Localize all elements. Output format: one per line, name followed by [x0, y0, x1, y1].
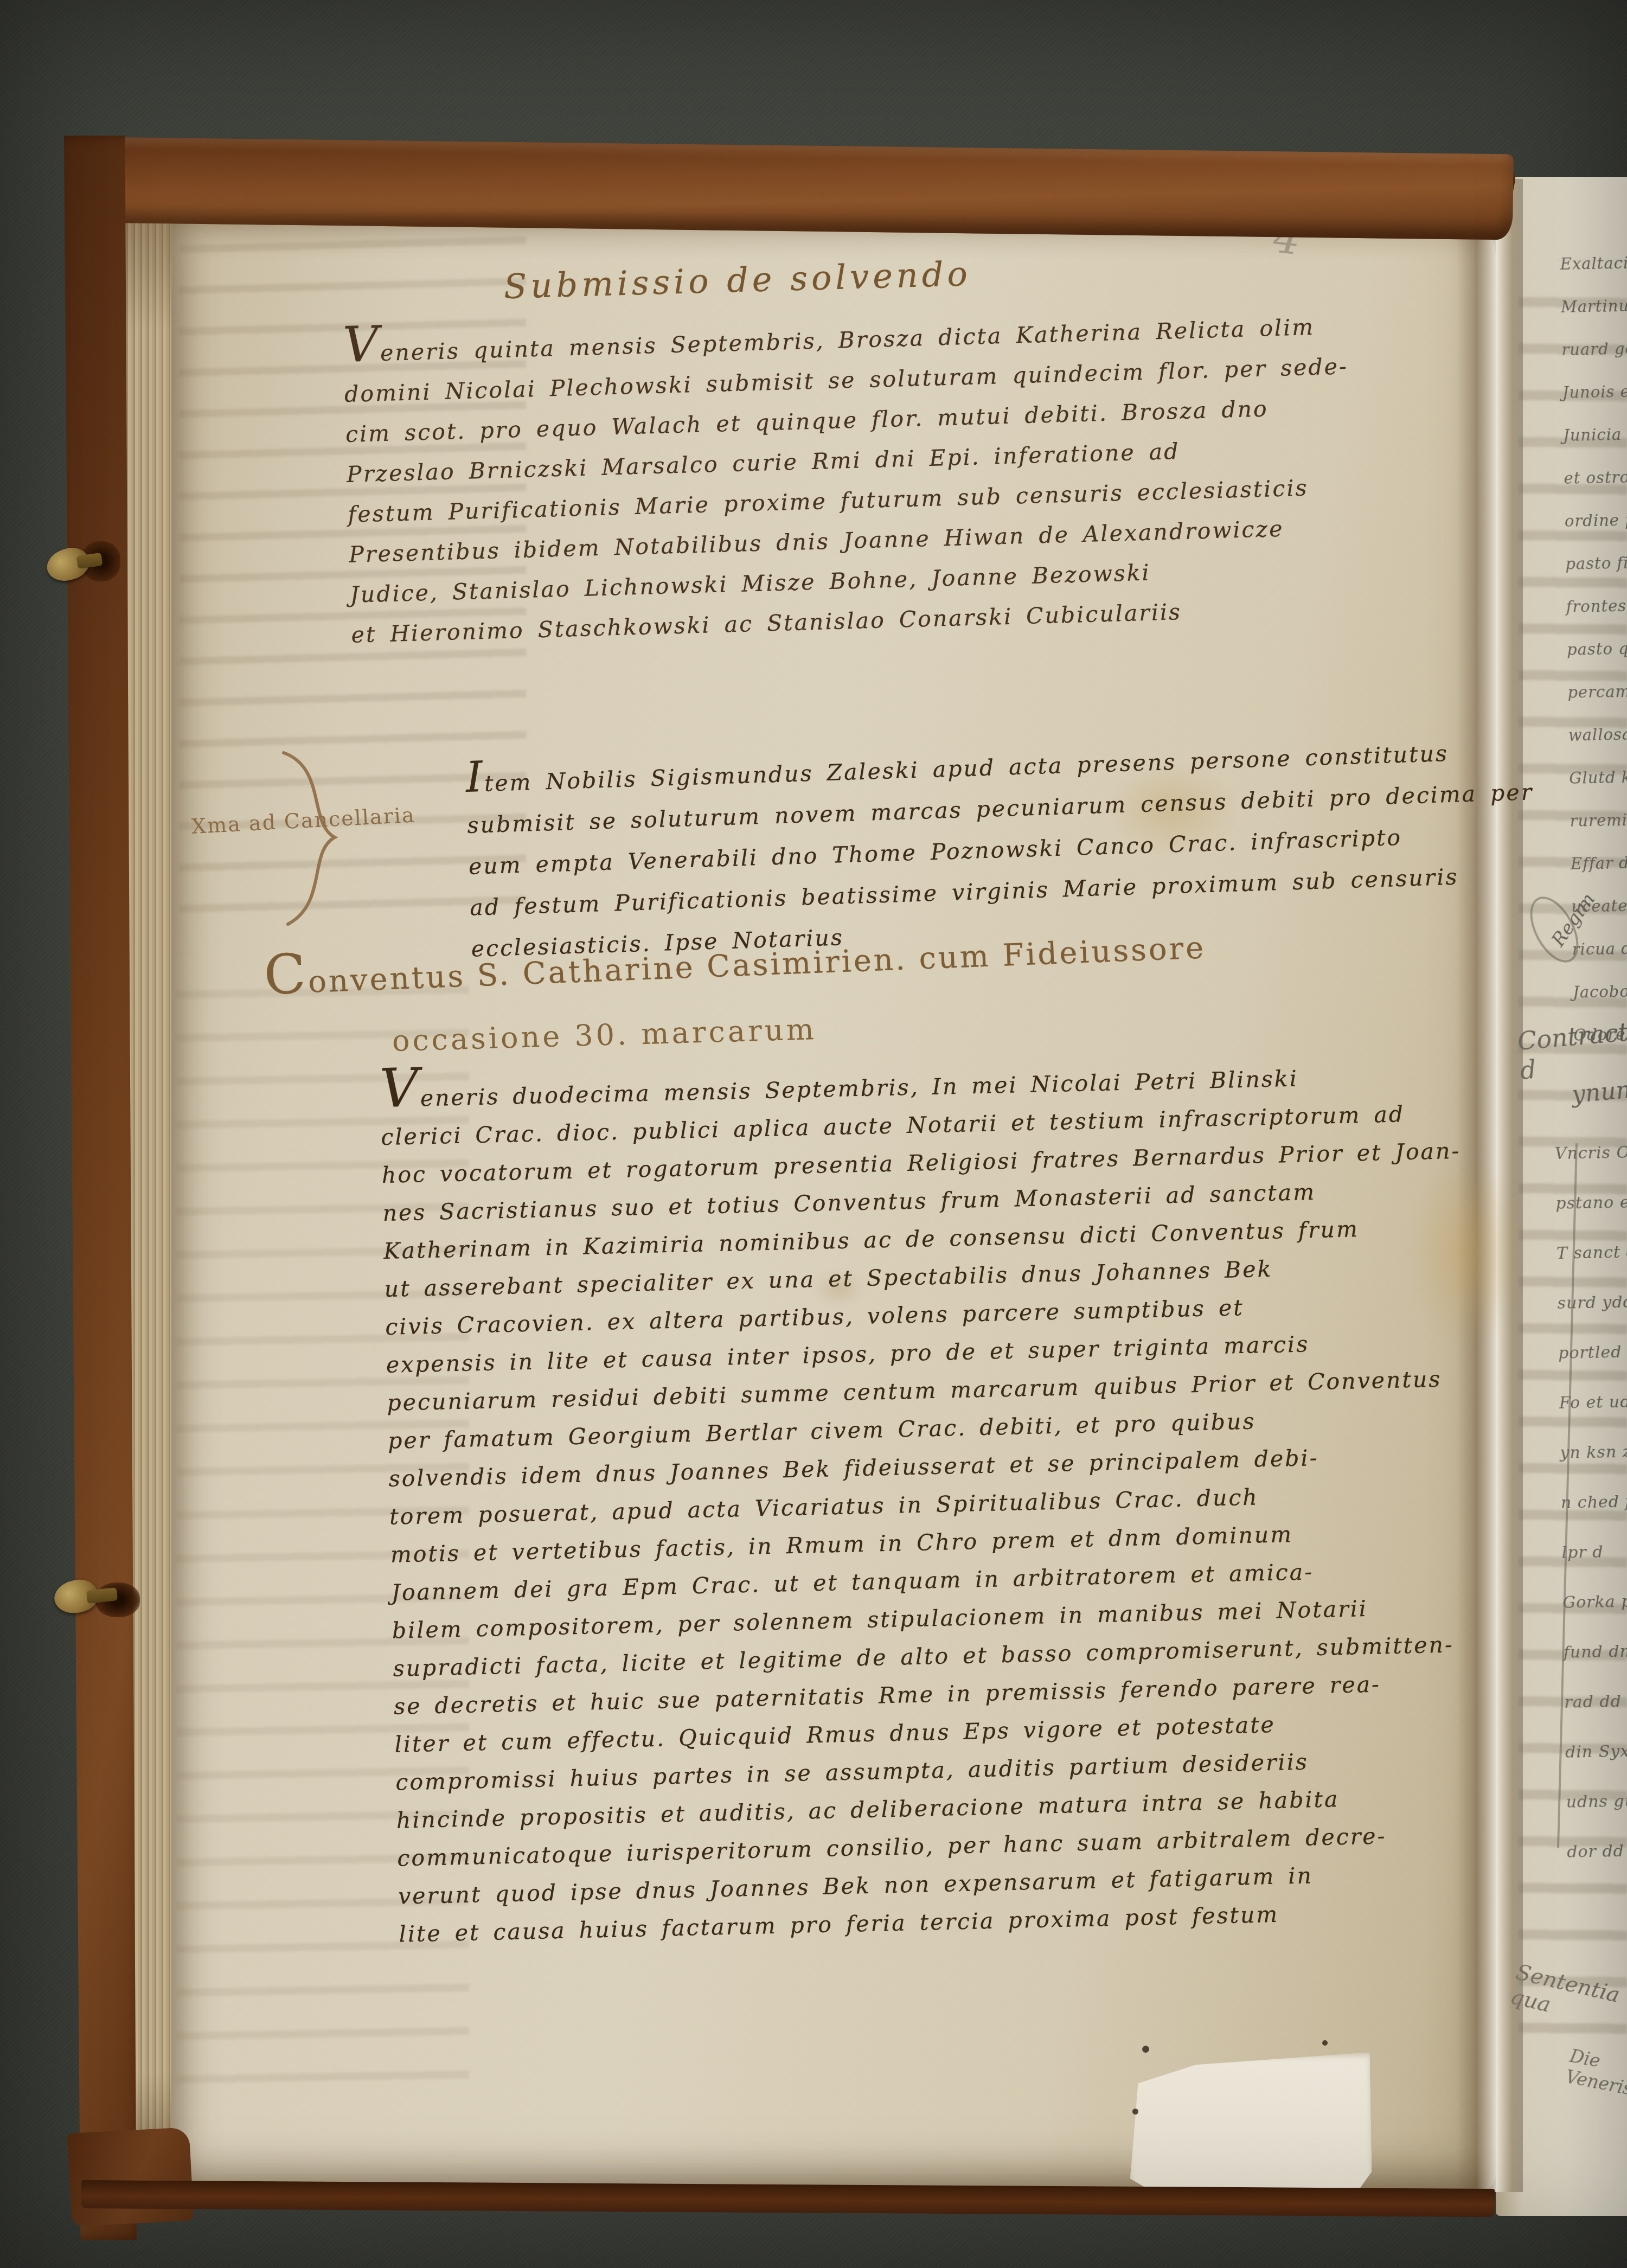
text-fragment: din Syxo — [1565, 1726, 1627, 1777]
text-fragment: percam d — [1567, 669, 1627, 714]
text-fragment: dor dd — [1566, 1825, 1627, 1877]
text-fragment: Gorka p — [1562, 1576, 1627, 1628]
next-page-heading-contractus: Contractus d — [1516, 1015, 1627, 1085]
margin-brace-flourish — [274, 747, 344, 929]
leather-cover-corner-bottom-left — [67, 2127, 194, 2227]
text-fragment: Vncris Oct — [1554, 1127, 1627, 1179]
ink-speck — [1142, 2046, 1149, 2053]
text-fragment: n ched fu — [1560, 1476, 1627, 1528]
text-fragment: T sanct dr — [1556, 1227, 1627, 1278]
text-fragment: Glutd ku — [1569, 755, 1627, 799]
text-fragment: pstano et — [1555, 1177, 1627, 1228]
manuscript-photo: 4 Submissio de solvendo Veneris quinta m… — [0, 0, 1627, 2268]
text-fragment: Fo et ud — [1559, 1376, 1627, 1428]
text-fragment: et ostrowie — [1564, 455, 1627, 499]
ink-speck — [1132, 2109, 1138, 2115]
text-fragment: ruremit — [1570, 798, 1627, 842]
next-page-heading-contractus-2: ynum — [1571, 1075, 1627, 1109]
text-fragment: lpr d — [1561, 1526, 1627, 1578]
manuscript-entry-2: Item Nobilis Sigismundus Zaleski apud ac… — [465, 733, 1458, 970]
text-fragment: Martinus d — [1560, 284, 1627, 328]
text-fragment: Junicia d — [1563, 412, 1627, 457]
manuscript-entry-3: Veneris duodecima mensis Septembris, In … — [380, 1056, 1457, 1953]
ink-speck — [1322, 2040, 1328, 2046]
text-fragment: pasto q — [1566, 626, 1627, 671]
text-fragment: frontes et — [1566, 584, 1627, 628]
text-fragment: Exaltacionis — [1560, 241, 1627, 286]
text-fragment: surd ydd — [1557, 1277, 1627, 1328]
text-fragment: ricua d — [1572, 926, 1627, 971]
text-fragment: pasto fid — [1565, 541, 1627, 585]
text-fragment: Junois et — [1562, 369, 1627, 414]
text-fragment: rad dd — [1564, 1676, 1627, 1727]
text-fragment: wallosa d — [1568, 712, 1627, 757]
next-page-text-column-lower: Vncris Oct pstano et T sanct dr surd ydd… — [1554, 1127, 1627, 1878]
text-fragment: Jacobo de S — [1572, 969, 1627, 1014]
text-fragment: ordine pre — [1564, 498, 1627, 542]
leather-cover-top-edge — [70, 137, 1514, 240]
text-fragment: udns gu — [1566, 1776, 1627, 1827]
manuscript-entry-1: Veneris quinta mensis Septembris, Brosza… — [343, 303, 1469, 655]
text-fragment: Effar dd — [1570, 841, 1627, 885]
text-fragment: yn ksn ze — [1560, 1426, 1627, 1478]
text-fragment: portled ur — [1558, 1327, 1627, 1378]
text-fragment: ruard ge — [1561, 326, 1627, 371]
text-fragment: fund dne — [1563, 1626, 1627, 1677]
